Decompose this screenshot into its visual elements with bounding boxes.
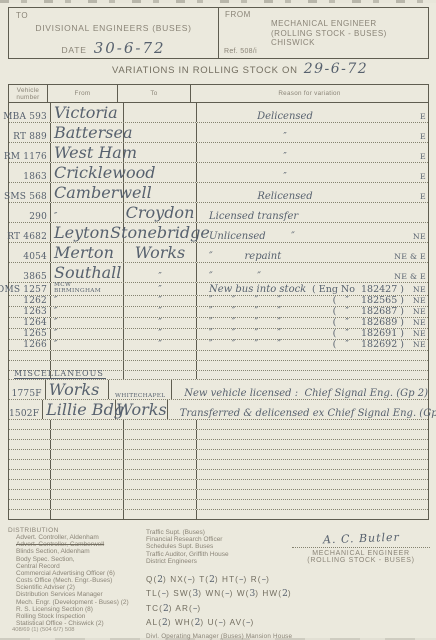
handwritten-reason: Licensed transfer	[209, 212, 298, 222]
handwritten-entry: 1502F	[9, 409, 39, 419]
cell-reason	[197, 510, 428, 519]
cell-reason	[197, 490, 428, 499]
distribution-item: Traffic Auditor, Griffith House	[146, 551, 229, 558]
status-code: E	[420, 192, 426, 201]
cell-reason: New vehicle licensed : Chief Signal Eng.…	[172, 380, 428, 399]
table-row	[9, 420, 428, 430]
table-row: 4054MertonWorks″ repaintNE & E	[9, 243, 428, 263]
miscellaneous-heading: MISCELLANEOUS	[14, 369, 106, 379]
cell-vehicle-number: RM 1176	[9, 143, 51, 162]
cell-reason: DelicensedE	[197, 103, 428, 122]
signature-block: A. C. Butler MECHANICAL ENGINEER (ROLLIN…	[292, 529, 430, 564]
header-reason: Reason for variation	[191, 85, 428, 102]
cell-to: ″	[124, 263, 197, 282]
handwritten-entry: ″	[54, 329, 57, 339]
cell-reason: ″ repaintNE & E	[197, 243, 428, 262]
header-vehicle-number: Vehicle number	[9, 85, 48, 102]
district-code-lines: Q(2) NX(–) T(2) HT(–) R(–)TL(–) SW(3) WN…	[146, 576, 292, 628]
cell-to	[124, 351, 197, 360]
cell-vehicle-number	[9, 420, 51, 429]
cell-to	[124, 183, 197, 202]
cell-reason: ″ ″ ″ ″( ″ 182565 )NE	[197, 296, 428, 306]
cell-vehicle-number: DMS 1257	[9, 283, 51, 295]
handwritten-entry: Southall	[54, 263, 121, 282]
table-row: RT 889Battersea″E	[9, 123, 428, 143]
cell-reason	[197, 371, 428, 380]
handwritten-entry: 1265	[23, 329, 47, 339]
cell-vehicle-number	[9, 460, 51, 469]
engine-number: ( ″ 182691 )	[333, 328, 404, 339]
table-row	[9, 450, 428, 460]
cell-from: Merton	[51, 243, 124, 262]
table-row	[9, 460, 428, 470]
engine-number: ( ″ 182689 )	[333, 317, 404, 328]
handwritten-entry: ″	[54, 212, 57, 222]
handwritten-reason: ″ ″ ″ ″	[209, 318, 281, 328]
signature-rule	[292, 547, 430, 548]
status-code: NE	[413, 340, 426, 349]
from-line-2: (ROLLING STOCK - BUSES)	[271, 29, 387, 39]
cell-to	[124, 361, 197, 370]
handwritten-entry: 1262	[23, 296, 47, 306]
signatory-title-2: (ROLLING STOCK - BUSES)	[292, 557, 430, 564]
handwritten-reason: New bus into stock	[209, 285, 306, 295]
handwritten-entry: Victoria	[54, 103, 118, 122]
cell-reason	[197, 440, 428, 449]
table-row: 1502FLillie Bdg.WorksTransferred & delic…	[9, 400, 428, 420]
cell-vehicle-number	[9, 351, 51, 360]
cell-vehicle-number: 3865	[9, 263, 51, 282]
cell-from: ″	[51, 340, 124, 350]
handwritten-reason: ″ repaint	[209, 252, 281, 262]
handwritten-entry: ″	[158, 307, 161, 317]
handwritten-entry: RM 1176	[4, 152, 47, 162]
cell-to: ″	[124, 340, 197, 350]
cell-to: ″	[124, 283, 197, 295]
cell-to	[124, 371, 197, 380]
cell-reason: ″E	[197, 143, 428, 162]
cell-reason: New bus into stock( Eng No 182427 )NE	[197, 283, 428, 295]
engine-number: ( Eng No 182427 )	[312, 284, 404, 295]
to-recipient: DIVISIONAL ENGINEERS (BUSES)	[9, 23, 218, 33]
table-row: 290″CroydonLicensed transfer	[9, 203, 428, 223]
cell-reason: ″ ″ ″ ″( ″ 182692 )NE	[197, 340, 428, 350]
cell-from	[51, 430, 124, 439]
form-title-date-handwritten: 29-6-72	[304, 61, 369, 77]
handwritten-entry: Battersea	[54, 123, 133, 142]
cell-to: Croydon	[124, 203, 197, 222]
cell-to: Works	[116, 400, 168, 419]
cell-from: ″	[51, 203, 124, 222]
cell-to	[124, 460, 197, 469]
cell-vehicle-number: 1263	[9, 307, 51, 317]
handwritten-entry: MBA 593	[3, 112, 47, 122]
cell-reason: Unlicensed ″NE	[197, 223, 428, 242]
table-row: 3865Southall″″ ″NE & E	[9, 263, 428, 283]
cell-from: Camberwell	[51, 183, 124, 202]
cell-from	[51, 440, 124, 449]
status-code: E	[420, 132, 426, 141]
cell-from	[51, 361, 124, 370]
cell-vehicle-number: MBA 593	[9, 103, 51, 122]
cell-vehicle-number: RT 4682	[9, 223, 51, 242]
handwritten-reason: ″ ″ ″ ″	[209, 296, 281, 306]
cell-reason: ″E	[197, 123, 428, 142]
status-code: NE	[413, 232, 426, 241]
table-row: 1775FWorksWHITECHAPELNew vehicle license…	[9, 380, 428, 400]
cell-to	[124, 440, 197, 449]
handwritten-entry: SMS 568	[4, 192, 47, 202]
cell-vehicle-number	[9, 490, 51, 499]
cell-to	[124, 103, 197, 122]
handwritten-entry: WHITECHAPEL	[115, 394, 165, 400]
table-row: MBA 593VictoriaDelicensedE	[9, 103, 428, 123]
scan-edge-artifact-top	[0, 0, 436, 3]
district-code-block: Q(2) NX(–) T(2) HT(–) R(–)TL(–) SW(3) WN…	[146, 576, 292, 640]
cell-vehicle-number	[9, 440, 51, 449]
handwritten-entry: 4054	[23, 252, 47, 262]
header-from: From	[48, 85, 118, 102]
form-title-row: VARIATIONS IN ROLLING STOCK ON 29-6-72	[112, 61, 368, 77]
table-row	[9, 500, 428, 510]
cell-vehicle-number	[9, 500, 51, 509]
cell-from	[51, 470, 124, 479]
cell-vehicle-number	[9, 430, 51, 439]
handwritten-entry: MCW BIRMINGHAM	[54, 283, 101, 295]
date-row: DATE 30-6-72	[9, 39, 218, 57]
district-code-line: TC(2) AR(–)	[146, 605, 292, 614]
handwritten-entry: Works	[135, 243, 186, 262]
status-code: NE	[413, 285, 426, 294]
header-boxes: TO DIVISIONAL ENGINEERS (BUSES) DATE 30-…	[8, 7, 429, 59]
cell-from	[51, 460, 124, 469]
handwritten-reason: Delicensed	[257, 112, 313, 122]
cell-vehicle-number: 1265	[9, 329, 51, 339]
cell-from	[51, 480, 124, 489]
handwritten-entry: Works	[116, 400, 167, 419]
cell-vehicle-number: 290	[9, 203, 51, 222]
cell-from: Battersea	[51, 123, 124, 142]
handwritten-entry: ″	[54, 296, 57, 306]
cell-to	[124, 510, 197, 519]
handwritten-reason: ″ ″	[209, 272, 261, 282]
engine-number: ( ″ 182692 )	[333, 339, 404, 350]
cell-to: Stonebridge	[124, 223, 197, 242]
cell-reason	[197, 450, 428, 459]
cell-from	[51, 490, 124, 499]
date-handwritten-value: 30-6-72	[94, 39, 166, 57]
cell-to	[124, 450, 197, 459]
handwritten-reason: Transferred & delicensed ex Chief Signal…	[180, 409, 436, 419]
cell-reason	[197, 351, 428, 360]
status-code: NE	[413, 296, 426, 305]
cell-from: Victoria	[51, 103, 124, 122]
cell-vehicle-number: 1266	[9, 340, 51, 350]
district-code-line: Q(2) NX(–) T(2) HT(–) R(–)	[146, 576, 292, 585]
cell-vehicle-number	[9, 480, 51, 489]
handwritten-entry: ″	[158, 340, 161, 350]
scanned-form-page: TO DIVISIONAL ENGINEERS (BUSES) DATE 30-…	[0, 0, 436, 640]
distribution-item: Schedules Supt. Buses	[146, 543, 229, 550]
header-to: To	[118, 85, 191, 102]
status-code: NE & E	[394, 272, 426, 281]
table-row: SMS 568CamberwellRelicensedE	[9, 183, 428, 203]
cell-to	[124, 470, 197, 479]
status-code: NE	[413, 318, 426, 327]
table-row	[9, 480, 428, 490]
cell-to: ″	[124, 296, 197, 306]
handwritten-entry: ″	[158, 318, 161, 328]
cell-to	[124, 163, 197, 182]
cell-to: ″	[124, 307, 197, 317]
cell-from	[51, 500, 124, 509]
cell-from	[51, 510, 124, 519]
from-label: FROM	[225, 10, 251, 19]
handwritten-entry: 1266	[23, 340, 47, 350]
cell-from: ″	[51, 307, 124, 317]
handwritten-entry: ″	[158, 272, 161, 282]
status-code: E	[420, 172, 426, 181]
table-row: RM 1176West Ham″E	[9, 143, 428, 163]
table-row	[9, 351, 428, 361]
cell-reason: ″ ″ ″ ″( ″ 182691 )NE	[197, 329, 428, 339]
handwritten-entry: RT 889	[13, 132, 47, 142]
handwritten-entry: Stonebridge	[110, 223, 210, 242]
cell-reason	[197, 480, 428, 489]
variations-table: Vehicle number From To Reason for variat…	[8, 84, 429, 520]
handwritten-entry: ″	[54, 340, 57, 350]
handwritten-reason: ″	[283, 172, 286, 182]
cell-vehicle-number: 4054	[9, 243, 51, 262]
to-box: TO DIVISIONAL ENGINEERS (BUSES) DATE 30-…	[9, 8, 219, 58]
handwritten-entry: 3865	[23, 272, 47, 282]
cell-to: Works	[124, 243, 197, 262]
status-code: NE	[413, 329, 426, 338]
table-row	[9, 510, 428, 519]
distribution-item: Traffic Supt. (Buses)	[146, 529, 229, 536]
status-code: E	[420, 112, 426, 121]
handwritten-entry: 1775F	[12, 389, 42, 399]
cell-vehicle-number: 1502F	[9, 400, 43, 419]
cell-reason: Licensed transfer	[197, 203, 428, 222]
handwritten-reason: ″	[283, 132, 286, 142]
handwritten-entry: ″	[158, 285, 161, 295]
cell-from	[51, 420, 124, 429]
handwritten-entry: Merton	[54, 243, 114, 262]
handwritten-entry: 1863	[23, 172, 47, 182]
cell-vehicle-number	[9, 361, 51, 370]
handwritten-reason: New vehicle licensed : Chief Signal Eng.…	[184, 389, 428, 399]
misc-section-row: MISCELLANEOUS	[9, 371, 428, 381]
from-address: MECHANICAL ENGINEER (ROLLING STOCK - BUS…	[271, 19, 387, 48]
cell-from	[51, 351, 124, 360]
cell-vehicle-number	[9, 510, 51, 519]
cell-reason: Transferred & delicensed ex Chief Signal…	[168, 400, 436, 419]
cell-reason	[197, 361, 428, 370]
handwritten-entry: ″	[158, 296, 161, 306]
cell-to	[124, 500, 197, 509]
signature: A. C. Butler	[322, 531, 399, 547]
cell-from: ″	[51, 318, 124, 328]
handwritten-entry: Works	[49, 380, 100, 399]
cell-from: Southall	[51, 263, 124, 282]
signatory-title-1: MECHANICAL ENGINEER	[292, 550, 430, 557]
reference-number: Ref. 508/i	[224, 48, 257, 55]
handwritten-entry: ″	[54, 318, 57, 328]
cell-vehicle-number: RT 889	[9, 123, 51, 142]
from-line-3: CHISWICK	[271, 38, 387, 48]
handwritten-reason: ″ ″ ″ ″	[209, 307, 281, 317]
cell-vehicle-number: 1775F	[9, 380, 46, 399]
table-row	[9, 430, 428, 440]
table-row: 1266″″″ ″ ″ ″( ″ 182692 )NE	[9, 340, 428, 351]
handwritten-reason: Relicensed	[257, 192, 312, 202]
cell-reason	[197, 470, 428, 479]
cell-from: Cricklewood	[51, 163, 124, 182]
cell-vehicle-number: SMS 568	[9, 183, 51, 202]
handwritten-entry: 290	[29, 212, 47, 222]
table-row	[9, 470, 428, 480]
cell-to	[124, 420, 197, 429]
codes-footer: Divl. Operating Manager (Buses) Mansion …	[146, 633, 292, 640]
cell-reason	[197, 500, 428, 509]
cell-to: ″	[124, 329, 197, 339]
table-row: RT 4682LeytonStonebridgeUnlicensed ″NE	[9, 223, 428, 243]
cell-from: Works	[46, 380, 109, 399]
cell-from: Lillie Bdg.	[43, 400, 116, 419]
cell-from: ″	[51, 296, 124, 306]
cell-reason: ″E	[197, 163, 428, 182]
table-body: MBA 593VictoriaDelicensedERT 889Batterse…	[9, 103, 428, 519]
cell-from: MCW BIRMINGHAM	[51, 283, 124, 295]
handwritten-entry: Leyton	[54, 223, 110, 242]
distribution-item: District Engineers	[146, 558, 229, 565]
to-label: TO	[16, 11, 28, 20]
district-code-line: TL(–) SW(3) WN(–) W(3) HW(2)	[146, 590, 292, 599]
cell-vehicle-number	[9, 470, 51, 479]
from-box: FROM MECHANICAL ENGINEER (ROLLING STOCK …	[219, 8, 428, 58]
cell-from: ″	[51, 329, 124, 339]
table-header-row: Vehicle number From To Reason for variat…	[9, 85, 428, 103]
distribution-right-list: Traffic Supt. (Buses)Financial Research …	[146, 529, 229, 565]
from-line-1: MECHANICAL ENGINEER	[271, 19, 387, 29]
cell-from	[51, 450, 124, 459]
handwritten-reason: ″ ″ ″ ″	[209, 340, 281, 350]
handwritten-entry: RT 4682	[7, 232, 47, 242]
cell-reason: ″ ″NE & E	[197, 263, 428, 282]
cell-from: West Ham	[51, 143, 124, 162]
handwritten-entry: 1263	[23, 307, 47, 317]
engine-number: ( ″ 182687 )	[333, 306, 404, 317]
district-code-line: AL(2) WH(2) U(–) AV(–)	[146, 619, 292, 628]
cell-reason	[197, 460, 428, 469]
cell-vehicle-number	[9, 450, 51, 459]
cell-to	[124, 123, 197, 142]
handwritten-reason: ″	[283, 152, 286, 162]
date-label: DATE	[61, 45, 86, 55]
cell-to: ″	[124, 318, 197, 328]
cell-vehicle-number: 1262	[9, 296, 51, 306]
cell-to: WHITECHAPEL	[109, 380, 172, 399]
table-row	[9, 490, 428, 500]
cell-to	[124, 490, 197, 499]
cell-reason	[197, 420, 428, 429]
cell-vehicle-number: 1863	[9, 163, 51, 182]
cell-reason: RelicensedE	[197, 183, 428, 202]
handwritten-entry: Croydon	[126, 203, 195, 222]
cell-reason	[197, 430, 428, 439]
status-code: NE	[413, 307, 426, 316]
cell-to	[124, 143, 197, 162]
table-row: 1863Cricklewood″E	[9, 163, 428, 183]
cell-vehicle-number: 1264	[9, 318, 51, 328]
handwritten-reason: ″ ″ ″ ″	[209, 329, 281, 339]
handwritten-entry: 1264	[23, 318, 47, 328]
distribution-item: Financial Research Officer	[146, 536, 229, 543]
cell-reason: ″ ″ ″ ″( ″ 182689 )NE	[197, 318, 428, 328]
engine-number: ( ″ 182565 )	[333, 295, 404, 306]
handwritten-entry: DMS 1257	[0, 285, 47, 295]
cell-reason: ″ ″ ″ ″( ″ 182687 )NE	[197, 307, 428, 317]
table-row	[9, 440, 428, 450]
handwritten-reason: Unlicensed ″	[209, 232, 295, 242]
handwritten-entry: ″	[158, 329, 161, 339]
cell-to	[124, 480, 197, 489]
handwritten-entry: ″	[54, 307, 57, 317]
form-title: VARIATIONS IN ROLLING STOCK ON	[112, 65, 298, 76]
status-code: E	[420, 152, 426, 161]
status-code: NE & E	[394, 252, 426, 261]
cell-to	[124, 430, 197, 439]
